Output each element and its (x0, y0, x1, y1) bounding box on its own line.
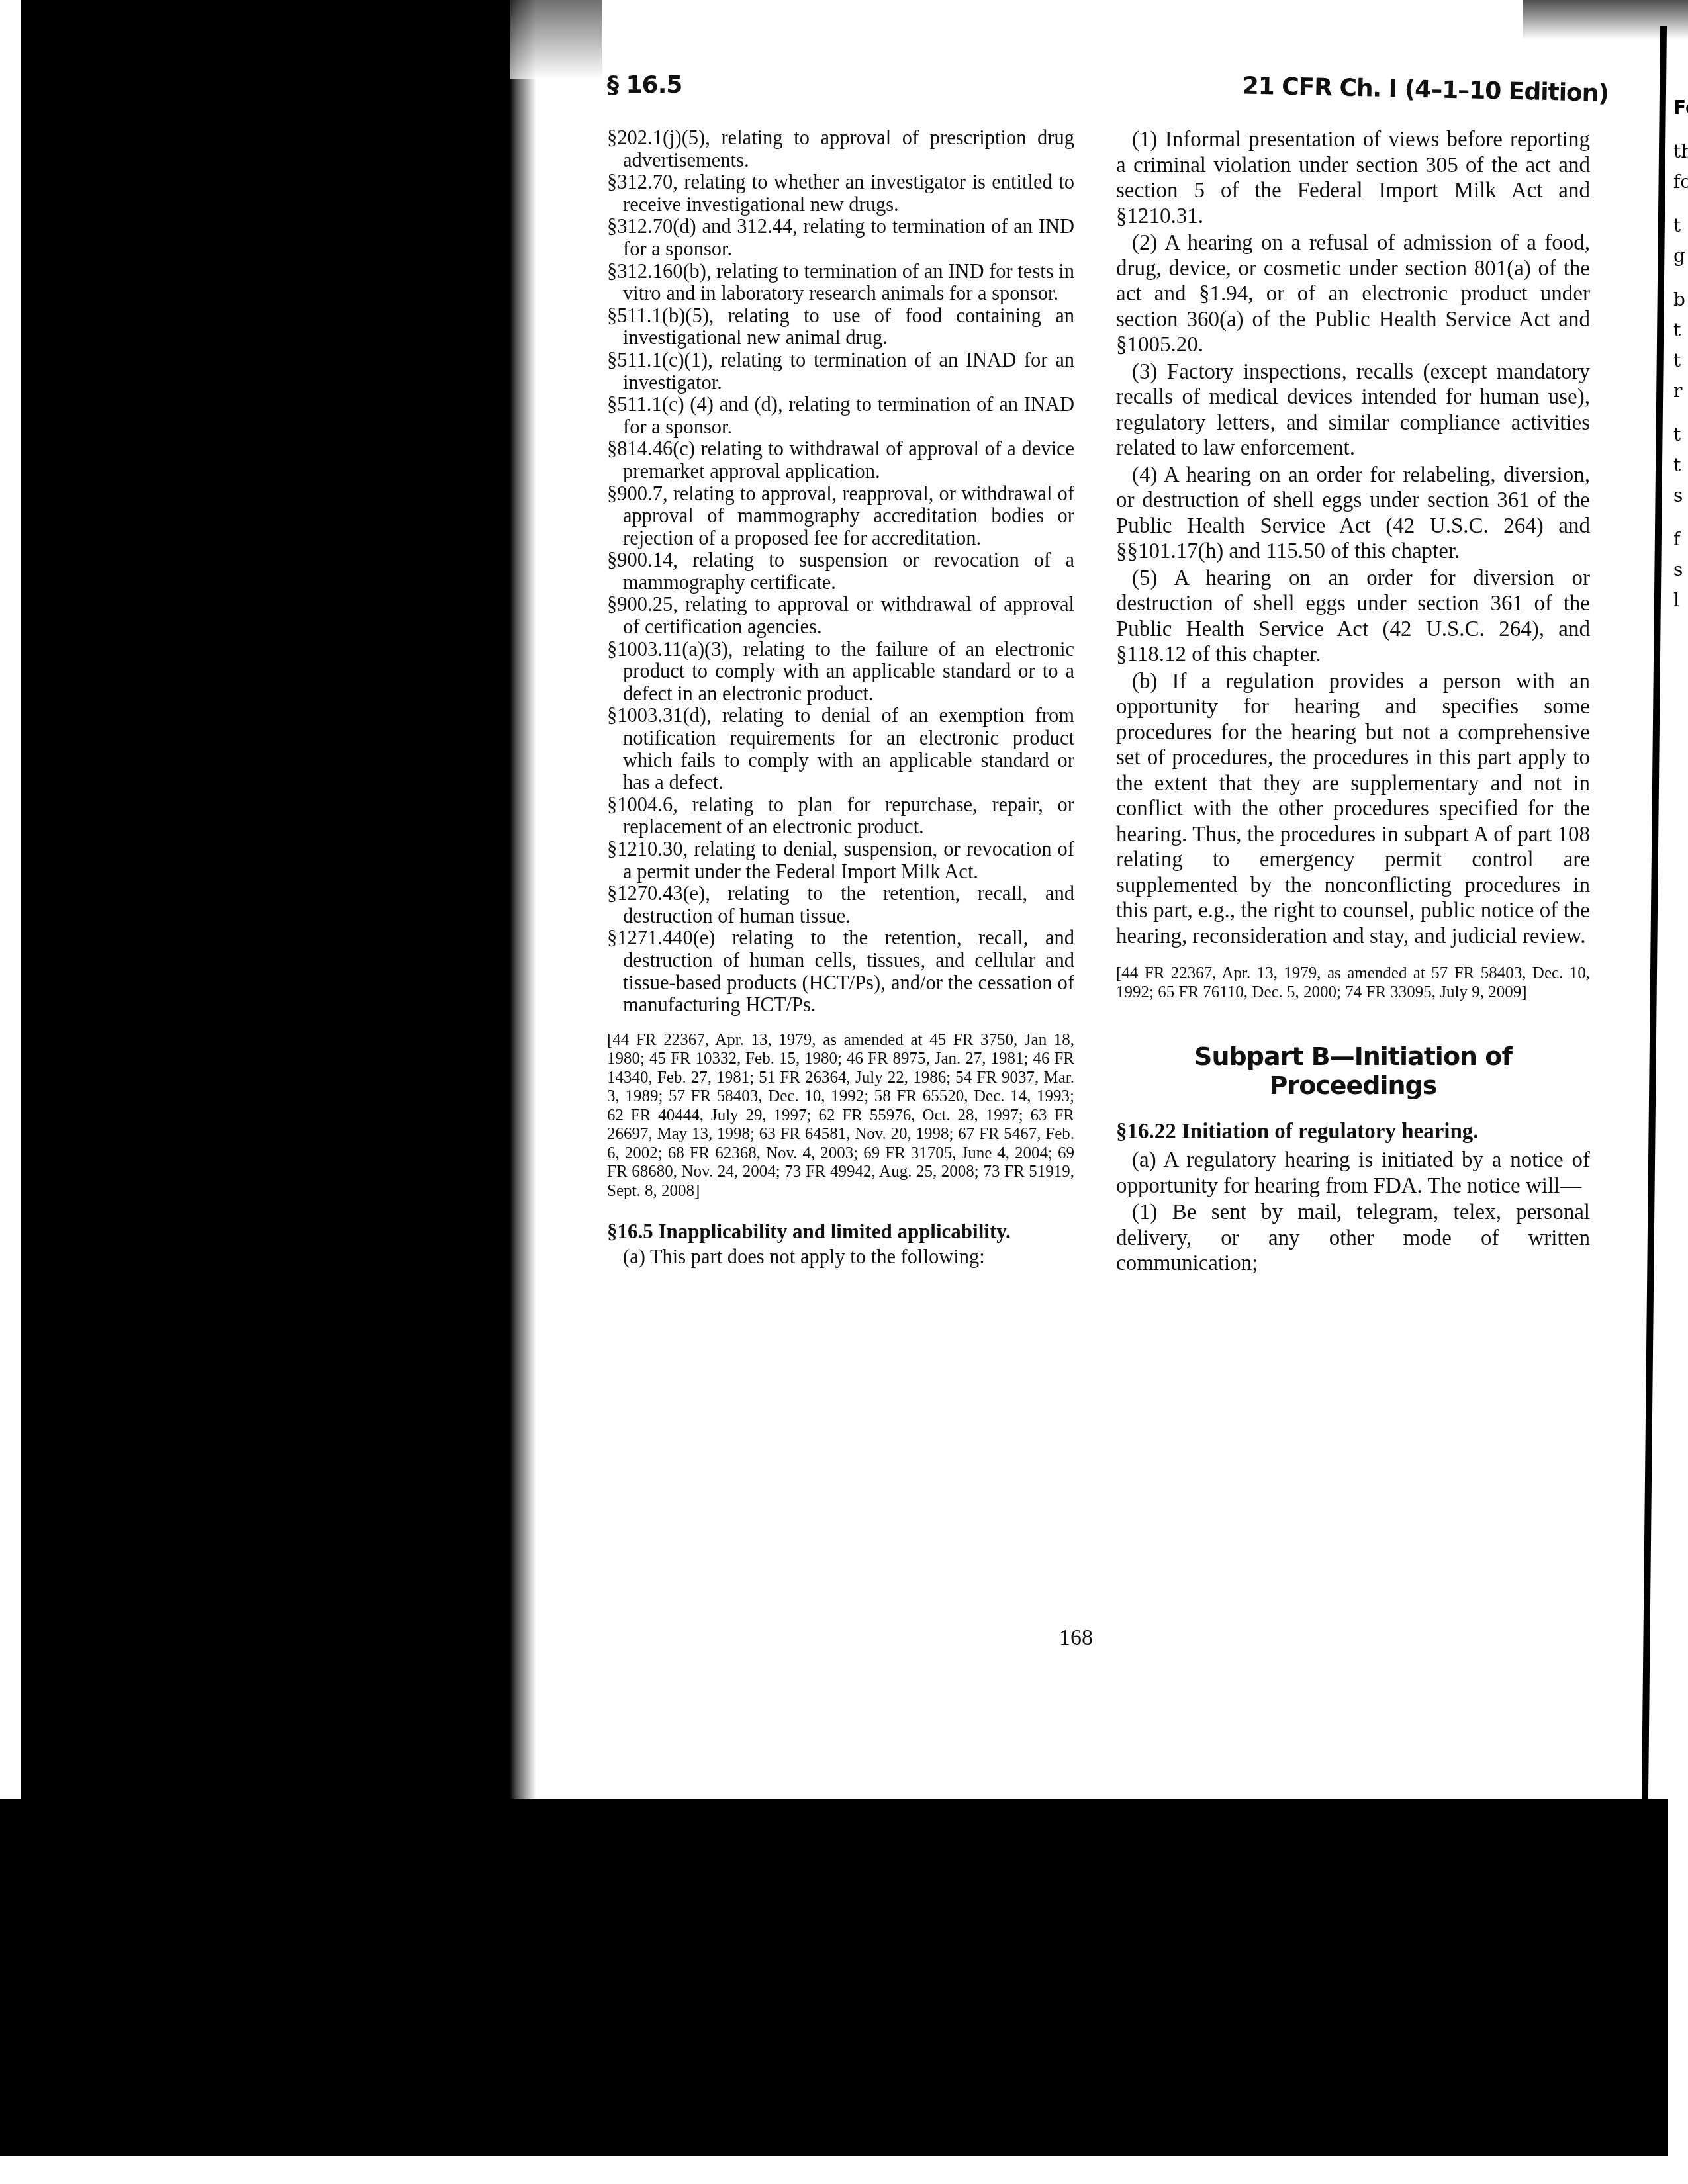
paragraph: (1) Informal presentation of views befor… (1116, 127, 1590, 229)
fragment: b (1673, 285, 1688, 315)
list-item: §312.160(b), relating to termination of … (607, 261, 1074, 305)
fragment: t (1673, 315, 1688, 345)
section-heading-16-22: §16.22 Initiation of regulatory hearing. (1116, 1120, 1590, 1144)
source-citation: [44 FR 22367, Apr. 13, 1979, as amended … (607, 1031, 1074, 1201)
paragraph: (4) A hearing on an order for relabeling… (1116, 463, 1590, 565)
paragraph: (2) A hearing on a refusal of admission … (1116, 230, 1590, 358)
fragment: r (1673, 376, 1688, 406)
list-item: §1270.43(e), relating to the retention, … (607, 883, 1074, 927)
fragment: s (1673, 555, 1688, 585)
list-item: §511.1(c) (4) and (d), relating to termi… (607, 394, 1074, 438)
list-item: §900.14, relating to suspension or revoc… (607, 549, 1074, 594)
paragraph: (a) A regulatory hearing is initiated by… (1116, 1148, 1590, 1199)
subpart-heading-line: Subpart B—Initiation of (1116, 1042, 1590, 1071)
list-item: §900.7, relating to approval, reapproval… (607, 483, 1074, 550)
fragment: g (1673, 241, 1688, 271)
source-citation: [44 FR 22367, Apr. 13, 1979, as amended … (1116, 964, 1590, 1002)
paragraph: (5) A hearing on an order for diversion … (1116, 566, 1590, 668)
list-item: §511.1(c)(1), relating to termination of… (607, 349, 1074, 394)
running-head-section: § 16.5 (607, 71, 682, 99)
fragment: t (1673, 450, 1688, 480)
paragraph: (a) This part does not apply to the foll… (607, 1246, 1074, 1269)
fragment: t (1673, 210, 1688, 241)
running-head-title: 21 CFR Ch. I (4–1–10 Edition) (1198, 71, 1609, 107)
subpart-heading: Subpart B—Initiation of Proceedings (1116, 1042, 1590, 1100)
left-column: §202.1(j)(5), relating to approval of pr… (607, 127, 1074, 1270)
book-gutter-shadow (510, 0, 536, 1800)
fragment: l (1673, 585, 1688, 615)
list-item: §1004.6, relating to plan for repurchase… (607, 794, 1074, 839)
paragraph: (1) Be sent by mail, telegram, telex, pe… (1116, 1200, 1590, 1277)
subpart-heading-line: Proceedings (1116, 1071, 1590, 1100)
fragment: s (1673, 480, 1688, 511)
scan-dark-margin-left (21, 0, 511, 1800)
list-item: §312.70(d) and 312.44, relating to termi… (607, 216, 1074, 260)
list-item: §202.1(j)(5), relating to approval of pr… (607, 127, 1074, 171)
list-item: §312.70, relating to whether an investig… (607, 171, 1074, 216)
paragraph: (b) If a regulation provides a person wi… (1116, 669, 1590, 950)
scan-shadow-top (510, 0, 602, 79)
list-item: §1003.11(a)(3), relating to the failure … (607, 639, 1074, 705)
list-item: §511.1(b)(5), relating to use of food co… (607, 305, 1074, 349)
list-item: §1003.31(d), relating to denial of an ex… (607, 705, 1074, 794)
fragment: Fo (1673, 93, 1688, 123)
list-item: §900.25, relating to approval or withdra… (607, 594, 1074, 638)
list-item: §1210.30, relating to denial, suspension… (607, 839, 1074, 883)
facing-page-fragment: Fo th fo t g b t t r t t s f s l (1673, 93, 1688, 688)
fragment: fo (1673, 167, 1688, 197)
list-item: §1271.440(e) relating to the retention, … (607, 927, 1074, 1016)
fragment: t (1673, 420, 1688, 450)
scan-dark-margin-bottom (0, 1799, 1668, 2156)
page-number: 168 (1059, 1625, 1093, 1651)
fragment: f (1673, 524, 1688, 555)
paragraph: (3) Factory inspections, recalls (except… (1116, 359, 1590, 461)
fragment: th (1673, 136, 1688, 167)
section-heading-16-5: §16.5 Inapplicability and limited applic… (607, 1220, 1074, 1242)
book-spine-edge (1642, 26, 1667, 1807)
fragment: t (1673, 345, 1688, 376)
list-item: §814.46(c) relating to withdrawal of app… (607, 438, 1074, 482)
right-column: (1) Informal presentation of views befor… (1116, 127, 1590, 1278)
